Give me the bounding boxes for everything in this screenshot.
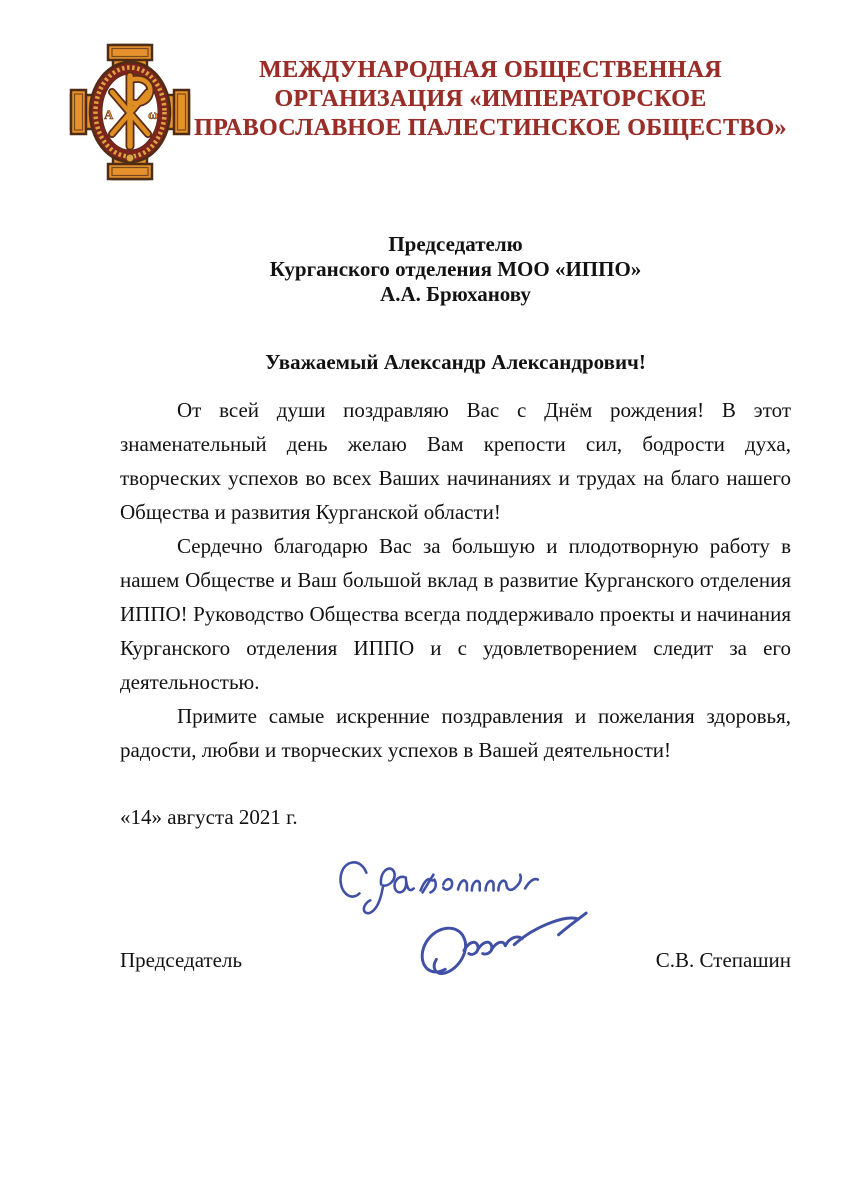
ippo-emblem-icon: А ω — [68, 42, 192, 182]
letter-body: От всей души поздравляю Вас с Днём рожде… — [120, 393, 791, 767]
alpha-letter: А — [104, 107, 114, 122]
org-name-line: ОРГАНИЗАЦИЯ «ИМПЕРАТОРСКОЕ — [192, 85, 789, 114]
addressee-line: Курганского отделения МОО «ИППО» — [120, 257, 791, 282]
date-line: «14» августа 2021 г. — [120, 803, 791, 831]
paragraph: Примите самые искренние поздравления и п… — [120, 699, 791, 767]
paragraph: От всей души поздравляю Вас с Днём рожде… — [120, 393, 791, 529]
org-name: МЕЖДУНАРОДНАЯ ОБЩЕСТВЕННАЯ ОРГАНИЗАЦИЯ «… — [192, 42, 789, 143]
addressee-block: Председателю Курганского отделения МОО «… — [120, 232, 791, 307]
addressee-line: Председателю — [120, 232, 791, 257]
omega-letter: ω — [148, 108, 158, 123]
signer-name: С.В. Степашин — [656, 947, 791, 973]
paragraph: Сердечно благодарю Вас за большую и плод… — [120, 529, 791, 699]
letter-page: А ω МЕЖДУНАРОДНАЯ ОБЩЕСТВЕННАЯ ОРГАНИЗАЦ… — [0, 0, 849, 1200]
org-name-line: МЕЖДУНАРОДНАЯ ОБЩЕСТВЕННАЯ — [192, 56, 789, 85]
letter-content: Председателю Курганского отделения МОО «… — [0, 232, 849, 1007]
signer-position: Председатель — [120, 947, 242, 973]
org-name-line: ПРАВОСЛАВНОЕ ПАЛЕСТИНСКОЕ ОБЩЕСТВО» — [192, 114, 789, 143]
letterhead: А ω МЕЖДУНАРОДНАЯ ОБЩЕСТВЕННАЯ ОРГАНИЗАЦ… — [0, 0, 849, 182]
addressee-line: А.А. Брюханову — [120, 282, 791, 307]
salutation: Уважаемый Александр Александрович! — [120, 350, 791, 375]
signature-area: Председатель С.В. Степашин — [120, 847, 791, 1007]
signature-row: Председатель С.В. Степашин — [120, 947, 791, 973]
ring-finial — [126, 154, 134, 162]
